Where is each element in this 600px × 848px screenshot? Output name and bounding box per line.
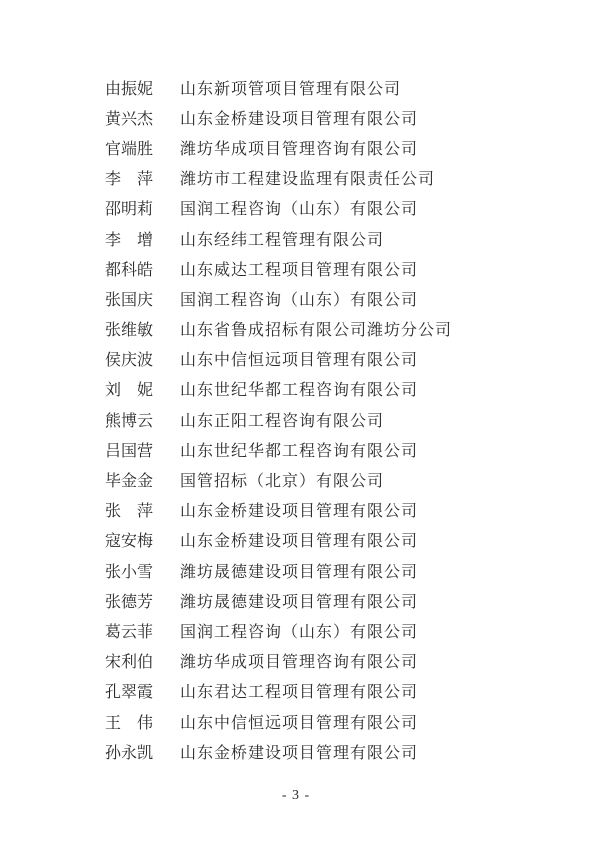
person-name: 由振妮: [105, 76, 153, 99]
person-name: 张维敏: [105, 317, 153, 340]
person-name: 李 萍: [105, 166, 153, 189]
roster-row: 李 萍潍坊市工程建设监理有限责任公司: [105, 163, 580, 193]
roster-list: 由振妮山东新项管项目管理有限公司黄兴杰山东金桥建设项目管理有限公司官端胜潍坊华成…: [105, 72, 580, 766]
roster-row: 孔翠霞山东君达工程项目管理有限公司: [105, 676, 580, 706]
roster-row: 张国庆国润工程咨询（山东）有限公司: [105, 283, 580, 313]
person-name: 孙永凯: [105, 740, 153, 763]
roster-row: 宋利伯潍坊华成项目管理咨询有限公司: [105, 646, 580, 676]
person-name: 寇安梅: [105, 528, 153, 551]
roster-row: 毕金金国管招标（北京）有限公司: [105, 464, 580, 494]
document-page: 由振妮山东新项管项目管理有限公司黄兴杰山东金桥建设项目管理有限公司官端胜潍坊华成…: [0, 0, 600, 848]
company-name: 国润工程咨询（山东）有限公司: [180, 196, 418, 219]
company-name: 潍坊晟德建设项目管理有限公司: [180, 589, 418, 612]
company-name: 山东金桥建设项目管理有限公司: [180, 740, 418, 763]
roster-row: 孙永凯山东金桥建设项目管理有限公司: [105, 736, 580, 766]
company-name: 潍坊市工程建设监理有限责任公司: [180, 166, 435, 189]
roster-row: 黄兴杰山东金桥建设项目管理有限公司: [105, 102, 580, 132]
person-name: 都科皓: [105, 257, 153, 280]
roster-row: 吕国营山东世纪华都工程咨询有限公司: [105, 434, 580, 464]
roster-row: 邵明莉国润工程咨询（山东）有限公司: [105, 193, 580, 223]
person-name: 邵明莉: [105, 196, 153, 219]
company-name: 山东世纪华都工程咨询有限公司: [180, 377, 418, 400]
roster-row: 侯庆波山东中信恒远项目管理有限公司: [105, 344, 580, 374]
company-name: 国润工程咨询（山东）有限公司: [180, 619, 418, 642]
company-name: 山东正阳工程咨询有限公司: [180, 408, 384, 431]
company-name: 山东威达工程项目管理有限公司: [180, 257, 418, 280]
roster-row: 王 伟山东中信恒远项目管理有限公司: [105, 706, 580, 736]
company-name: 潍坊华成项目管理咨询有限公司: [180, 136, 418, 159]
roster-row: 张德芳潍坊晟德建设项目管理有限公司: [105, 585, 580, 615]
person-name: 王 伟: [105, 710, 153, 733]
company-name: 潍坊华成项目管理咨询有限公司: [180, 649, 418, 672]
company-name: 山东君达工程项目管理有限公司: [180, 679, 418, 702]
person-name: 刘 妮: [105, 377, 153, 400]
person-name: 毕金金: [105, 468, 153, 491]
roster-row: 葛云菲国润工程咨询（山东）有限公司: [105, 615, 580, 645]
person-name: 吕国营: [105, 438, 153, 461]
company-name: 国管招标（北京）有限公司: [180, 468, 384, 491]
roster-row: 官端胜潍坊华成项目管理咨询有限公司: [105, 132, 580, 162]
company-name: 山东新项管项目管理有限公司: [180, 76, 401, 99]
company-name: 山东金桥建设项目管理有限公司: [180, 528, 418, 551]
company-name: 山东中信恒远项目管理有限公司: [180, 347, 418, 370]
roster-row: 张 萍山东金桥建设项目管理有限公司: [105, 495, 580, 525]
person-name: 官端胜: [105, 136, 153, 159]
roster-row: 张维敏山东省鲁成招标有限公司潍坊分公司: [105, 314, 580, 344]
company-name: 国润工程咨询（山东）有限公司: [180, 287, 418, 310]
roster-row: 熊博云山东正阳工程咨询有限公司: [105, 404, 580, 434]
person-name: 张国庆: [105, 287, 153, 310]
roster-row: 寇安梅山东金桥建设项目管理有限公司: [105, 525, 580, 555]
company-name: 山东金桥建设项目管理有限公司: [180, 498, 418, 521]
person-name: 张小雪: [105, 559, 153, 582]
roster-row: 李 增山东经纬工程管理有限公司: [105, 223, 580, 253]
page-number: - 3 -: [0, 788, 592, 804]
person-name: 张德芳: [105, 589, 153, 612]
person-name: 侯庆波: [105, 347, 153, 370]
person-name: 宋利伯: [105, 649, 153, 672]
roster-row: 由振妮山东新项管项目管理有限公司: [105, 72, 580, 102]
roster-row: 都科皓山东威达工程项目管理有限公司: [105, 253, 580, 283]
company-name: 山东经纬工程管理有限公司: [180, 227, 384, 250]
person-name: 葛云菲: [105, 619, 153, 642]
roster-row: 张小雪潍坊晟德建设项目管理有限公司: [105, 555, 580, 585]
company-name: 山东金桥建设项目管理有限公司: [180, 106, 418, 129]
person-name: 孔翠霞: [105, 679, 153, 702]
person-name: 黄兴杰: [105, 106, 153, 129]
company-name: 山东省鲁成招标有限公司潍坊分公司: [180, 317, 452, 340]
person-name: 张 萍: [105, 498, 153, 521]
roster-row: 刘 妮山东世纪华都工程咨询有限公司: [105, 374, 580, 404]
company-name: 潍坊晟德建设项目管理有限公司: [180, 559, 418, 582]
company-name: 山东中信恒远项目管理有限公司: [180, 710, 418, 733]
person-name: 李 增: [105, 227, 153, 250]
company-name: 山东世纪华都工程咨询有限公司: [180, 438, 418, 461]
person-name: 熊博云: [105, 408, 153, 431]
